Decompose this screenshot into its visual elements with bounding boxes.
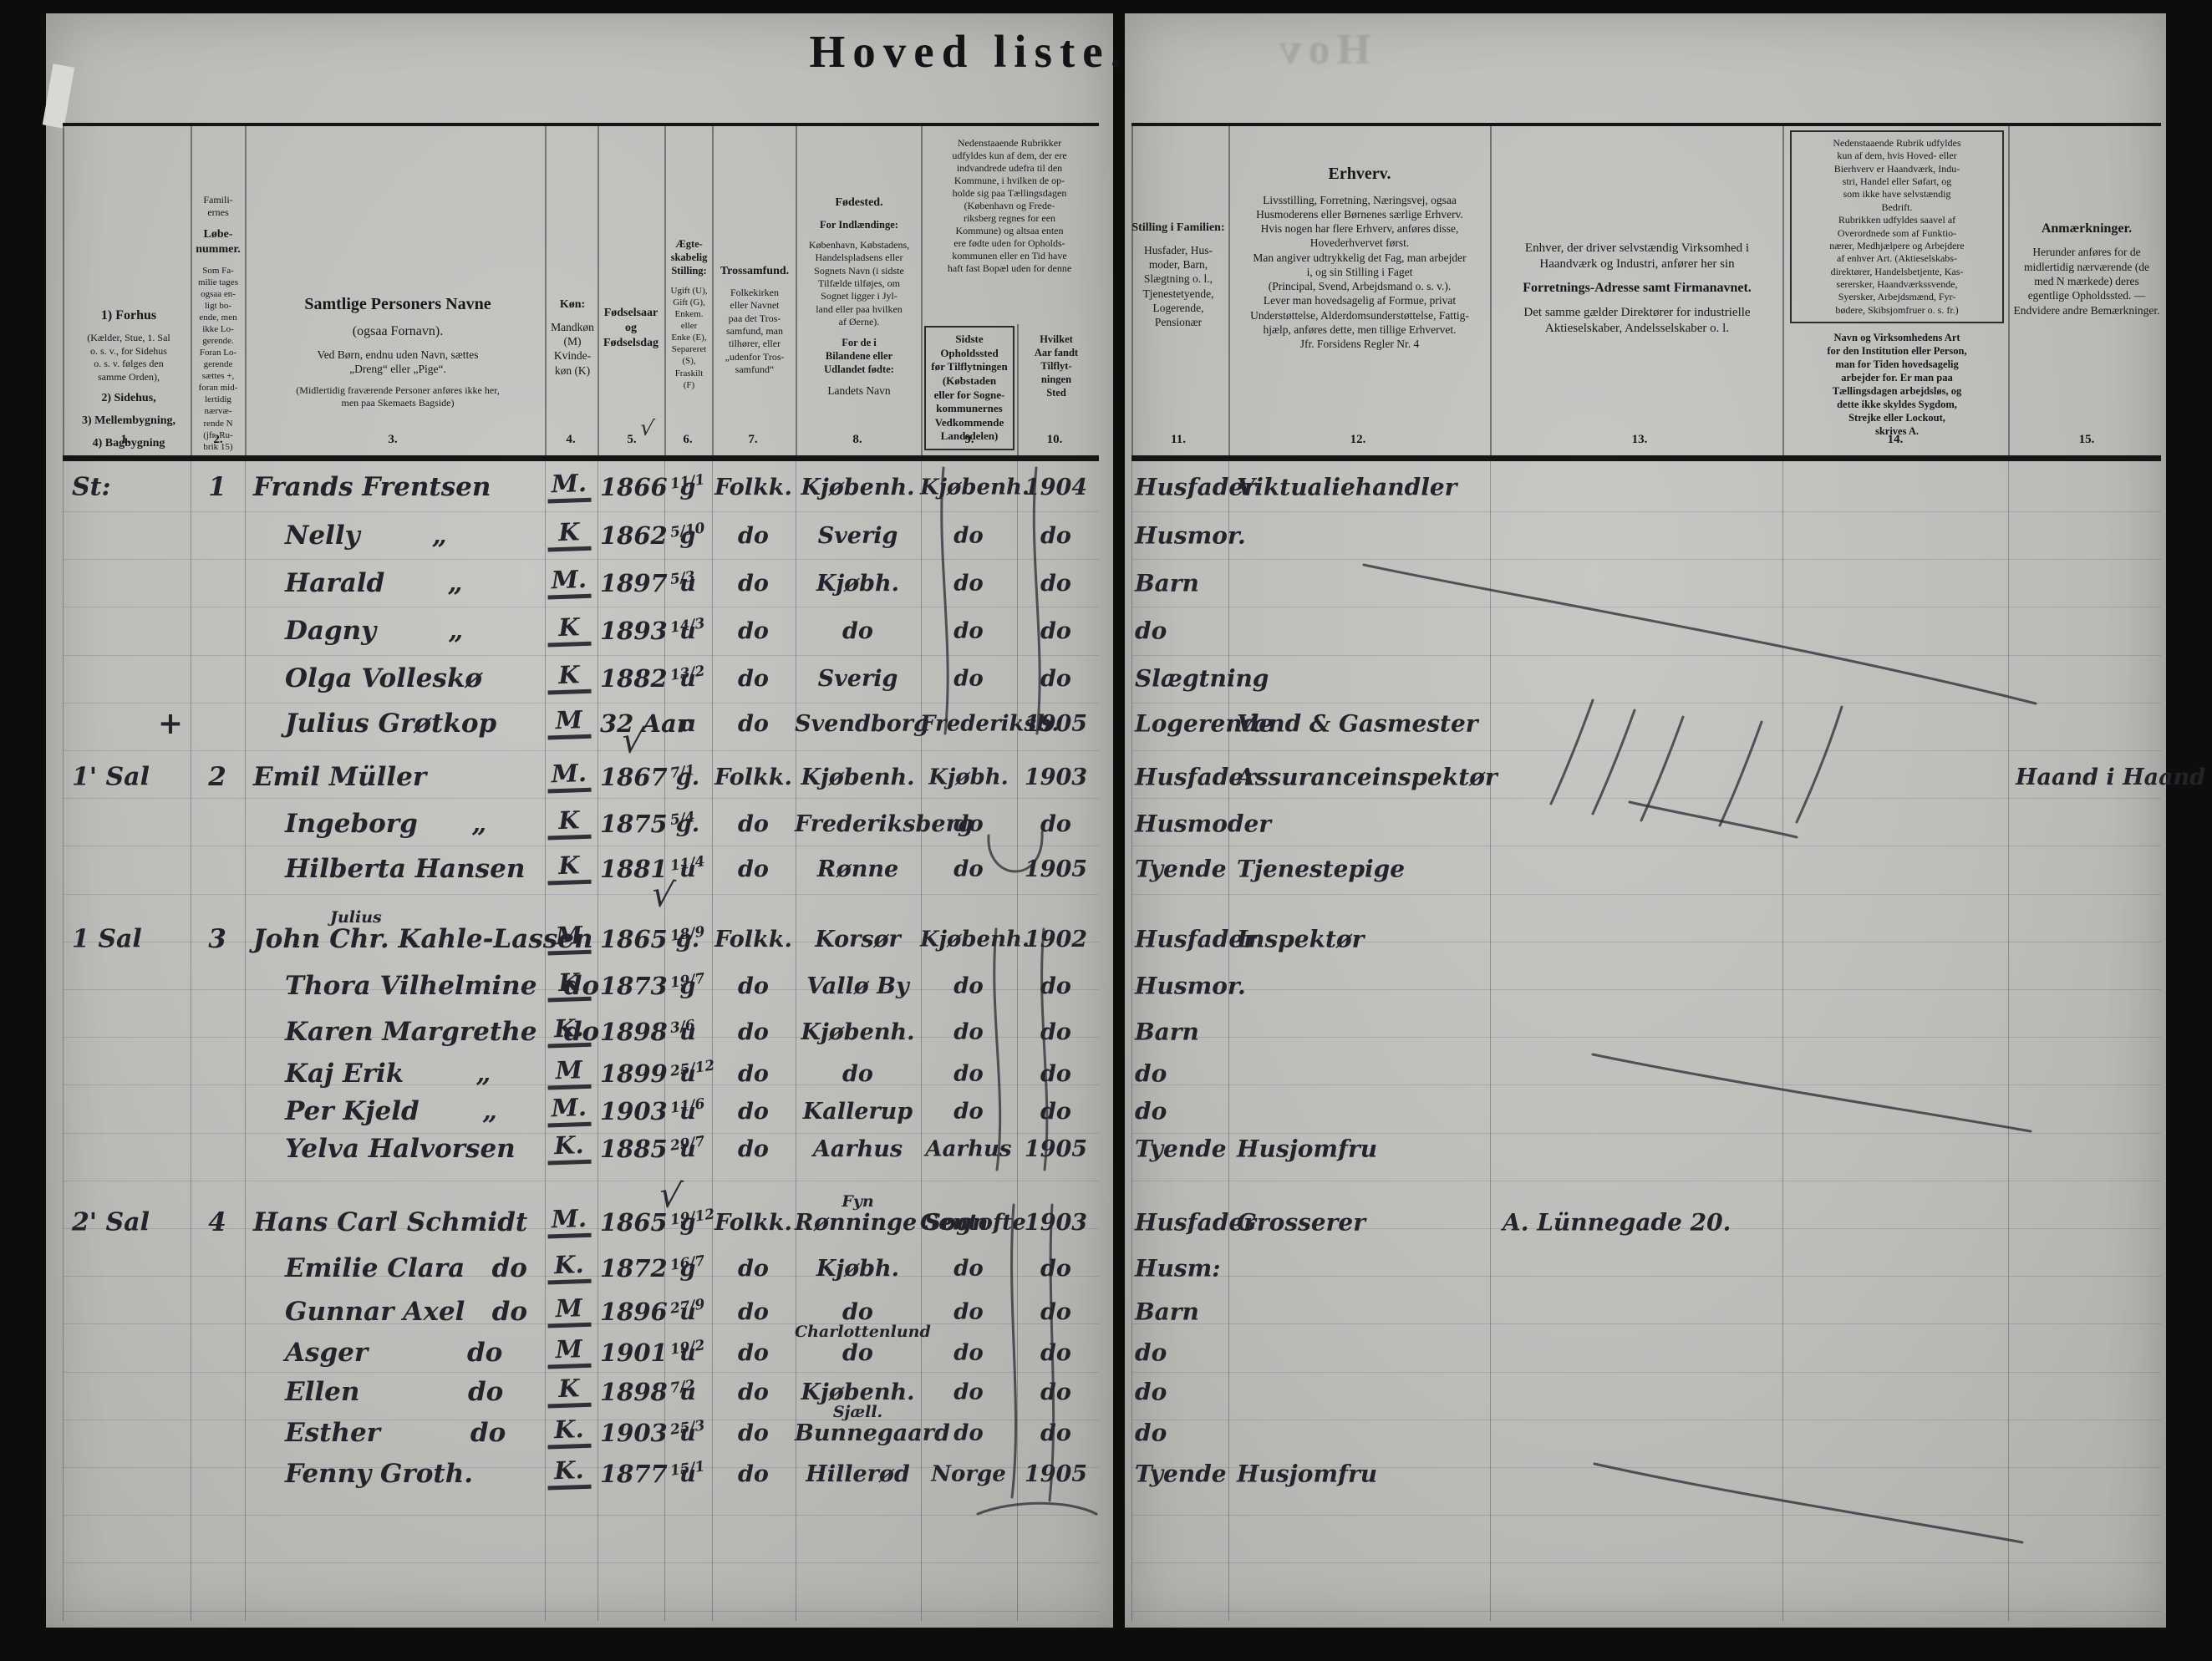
ruled-line [1131, 703, 2161, 704]
cell-kon: K [542, 663, 597, 694]
ruled-line [1131, 846, 2161, 846]
cell-kon: M [542, 924, 597, 955]
cell-forhus: St: [72, 475, 182, 500]
cell-ophold: Aarhus [920, 1139, 1017, 1161]
cell-sted: do [795, 620, 921, 643]
ruled-line [63, 607, 1099, 607]
cell-kon: K. [542, 1134, 597, 1165]
sex-letter: M [547, 708, 591, 740]
cell-ophold: Frederiksb. [920, 714, 1017, 735]
header-top-rule [1131, 123, 2161, 126]
cell-tros: do [711, 813, 796, 836]
cell-sted: Kallerup [795, 1100, 921, 1123]
cell-marker: + [155, 709, 186, 739]
cell-erhverv: Husjomfru [1237, 1463, 1596, 1486]
cell-kon: M. [542, 472, 597, 503]
cell-navn: Kaj Erik „ [285, 1061, 586, 1087]
cell-kon: M. [542, 1096, 597, 1127]
column-divider [664, 125, 666, 458]
ruled-line [63, 1515, 1099, 1516]
sex-letter: M. [547, 1206, 591, 1239]
cell-ophold: Kjøbenh. [920, 929, 1017, 951]
cell-sted: Rønne [795, 858, 921, 881]
cell-civ: u [664, 1301, 712, 1323]
cell-kon: K [542, 971, 597, 1002]
ruled-line [63, 703, 1099, 704]
sex-letter: K. [547, 1417, 591, 1450]
cell-tros: do [711, 572, 796, 595]
cell-ophold: do [920, 573, 1017, 595]
header-col-11: Stilling i Familien:Husfader, Hus- moder… [1130, 221, 1227, 338]
header-col-2-text: Løbe- nummer. [193, 227, 243, 257]
cell-flyt: do [1016, 620, 1096, 643]
cell-ophold: do [920, 859, 1017, 881]
header-col-7-text: Trossamfund. [715, 264, 794, 279]
cell-erhverv: Husjomfru [1237, 1138, 1596, 1161]
cell-kon: M [542, 1338, 597, 1369]
cell-civ: u [664, 1422, 712, 1445]
column-number: 7. [728, 433, 778, 447]
header-col-15: Anmærkninger.Herunder anføres for de mid… [2012, 221, 2161, 325]
cell-ophold: do [920, 526, 1017, 547]
census-scan-canvas: Hoved liste. Hov 1) Forhus(Kælder, Stue,… [0, 0, 2212, 1661]
header-col-2: Famili- ernesLøbe- nummer.Som Fa- milie … [193, 194, 243, 460]
cell-civ: g [664, 975, 712, 998]
cell-fam: Slægtning [1135, 668, 1352, 691]
header-col-10: Hvilket Aar fandt Tilflyt- ningen Sted [1020, 333, 1092, 407]
ruled-line [63, 1562, 1099, 1563]
column-divider-body [191, 461, 191, 1621]
cell-sted: Hillerød [795, 1463, 921, 1486]
cell-kon: K [542, 521, 597, 551]
pen-checkmark-icon: √ [638, 415, 656, 442]
cell-anm: Haand i Haand [2016, 766, 2212, 789]
cell-ophold: do [920, 1258, 1017, 1280]
cell-flyt: do [1016, 1301, 1096, 1323]
cell-flyt: do [1016, 525, 1096, 547]
cell-tros: do [711, 1342, 796, 1364]
header-col-13-text: Enhver, der driver selvstændig Virksomhe… [1494, 241, 1780, 272]
column-divider [191, 125, 192, 458]
cell-tros: do [711, 668, 796, 690]
cell-civ: u [664, 1381, 712, 1404]
column-number: 9. [944, 433, 994, 447]
column-divider-body [1490, 461, 1491, 1621]
cell-kon: K. [542, 1253, 597, 1284]
column-divider [1228, 125, 1230, 458]
cell-kon: K [542, 809, 597, 840]
ruled-line [63, 798, 1099, 799]
cell-civ: u [664, 1463, 712, 1486]
cell-navn: Ingeborg „ [285, 811, 586, 837]
ruled-line [1131, 1562, 2161, 1563]
ruled-line [63, 559, 1099, 560]
header-col-6-text: Ugift (U), Gift (G), Enkem. eller Enke (… [667, 285, 711, 391]
cell-tros: Folkk. [711, 476, 796, 499]
cell-navn: Dagny „ [285, 618, 586, 644]
header-col-8-text: København, Købstadens, Handelspladsens e… [799, 239, 919, 329]
ruled-line [63, 511, 1099, 512]
cell-tros: do [711, 525, 796, 547]
sex-letter: K [547, 1376, 591, 1409]
ruled-line [63, 750, 1099, 751]
cell-fam: Husmoder [1135, 813, 1352, 836]
cell-civ: g. [664, 813, 712, 836]
column-number: 14. [1870, 433, 1920, 447]
header-col-14-text: Navn og Virksomhedens Art for den Instit… [1790, 331, 2004, 438]
cell-civ: g [664, 1257, 712, 1280]
header-col-13: Enhver, der driver selvstændig Virksomhe… [1494, 241, 1780, 344]
sex-letter: K. [547, 1016, 591, 1049]
header-col-12: Erhverv.Livsstilling, Forretning, Næring… [1232, 164, 1487, 359]
cell-tros: do [711, 1100, 796, 1123]
column-divider-body [2008, 461, 2009, 1621]
sex-letter: M. [547, 761, 591, 794]
cell-nr: 1 [191, 475, 244, 500]
header-col-1-text: 1) Forhus [67, 307, 191, 324]
cell-sted: Kjøbenh. [795, 766, 921, 789]
cell-navn: Ellen do [285, 1379, 586, 1405]
sex-letter: K [547, 808, 591, 841]
cell-sted: Sverig [795, 668, 921, 690]
sex-letter: M [547, 1296, 591, 1328]
column-number: 6. [663, 433, 713, 447]
cell-navn: Nelly „ [285, 523, 586, 549]
cell-tros: Folkk. [711, 766, 796, 789]
cell-kon: M. [542, 1207, 597, 1238]
cell-flyt: do [1016, 1422, 1096, 1445]
ruled-line [1131, 798, 2161, 799]
cell-flyt: do [1016, 1257, 1096, 1280]
header-col-7: Trossamfund.Folkekirken eller Navnet paa… [715, 264, 794, 384]
header-col-2-text: Famili- ernes [193, 194, 243, 220]
cell-fam: do [1135, 1100, 1352, 1124]
cell-flyt: 1904 [1016, 476, 1096, 499]
cell-fam: Husmor. [1135, 975, 1352, 998]
sex-letter: K [547, 663, 591, 695]
cell-navn: Emil Müller [253, 764, 554, 790]
column-divider [712, 125, 714, 458]
cell-ophold: do [920, 1423, 1017, 1445]
ruled-line [1131, 559, 2161, 560]
cell-flyt: do [1016, 1100, 1096, 1123]
cell-ophold: do [920, 1382, 1017, 1404]
header-col-10-text: Hvilket Aar fandt Tilflyt- ningen Sted [1020, 333, 1092, 399]
cell-tros: do [711, 1463, 796, 1486]
cell-navn: Yelva Halvorsen [285, 1136, 586, 1162]
column-divider [1017, 324, 1019, 458]
column-number: 12. [1333, 433, 1383, 447]
ruled-line [63, 1181, 1099, 1181]
cell-fam: do [1135, 1422, 1352, 1445]
cell-sted: do [795, 1301, 921, 1323]
header-col-8-text: Landets Navn [799, 384, 919, 398]
cell-civ: u [664, 1021, 712, 1044]
header-col-12-text: Livsstilling, Forretning, Næringsvej, og… [1232, 193, 1487, 352]
cell-navn: Hans Carl Schmidt [253, 1210, 554, 1236]
cell-navn: Emilie Clara do [285, 1256, 586, 1282]
column-divider-body [245, 461, 246, 1621]
cell-fam: Husm: [1135, 1257, 1352, 1281]
cell-kon: M [542, 709, 597, 739]
sex-letter: K. [547, 1458, 591, 1491]
header-col-3-text: (Midlertidig fraværende Personer anføres… [249, 384, 547, 410]
cell-forhus: 2' Sal [72, 1211, 182, 1236]
cell-navn: Julius Grøtkop [285, 711, 586, 737]
cell-kon: M. [542, 568, 597, 599]
cell-ophold: do [920, 1064, 1017, 1085]
cell-kon: K [542, 616, 597, 647]
column-number: 15. [2062, 433, 2112, 447]
cell-flyt: 1903 [1016, 766, 1096, 789]
header-col-11-text: Husfader, Hus- moder, Barn, Slægtning o.… [1130, 243, 1227, 330]
column-divider [1782, 125, 1784, 458]
ruled-line [63, 894, 1099, 895]
cell-civ: g [664, 476, 712, 499]
ruled-line [1131, 1420, 2161, 1420]
header-col-8: Fødested.For Indlændinge:København, Købs… [799, 196, 919, 406]
header-col-6: Ægte- skabelig Stilling:Ugift (U), Gift … [667, 237, 711, 399]
header-col-9-text: Sidste Opholdssted før Tilflytningen (Kø… [924, 326, 1014, 450]
sex-letter: M [547, 1058, 591, 1090]
cell-flyt: 1905 [1016, 858, 1096, 881]
cell-navn: Karen Margrethe do [285, 1019, 586, 1045]
cell-kon: M. [542, 762, 597, 793]
column-divider [63, 125, 64, 458]
sex-letter: K [547, 615, 591, 648]
cell-tros: Folkk. [711, 1211, 796, 1234]
cell-fam: Husmor. [1135, 525, 1352, 548]
cell-flyt: 1905 [1016, 1463, 1096, 1486]
ink-ghost-title: Hov [1086, 25, 1370, 74]
ruled-line [1131, 655, 2161, 656]
cell-erhverv: Inspektør [1237, 928, 1596, 952]
cell-fam: Barn [1135, 572, 1352, 596]
sex-letter: K [547, 970, 591, 1003]
cell-tros: do [711, 1381, 796, 1404]
cell-tros: Folkk. [711, 928, 796, 951]
column-number: 1. [100, 433, 150, 447]
cell-civ: g [664, 525, 712, 547]
cell-civ: u [664, 572, 712, 595]
cell-sted: Kjøbh. [795, 1257, 921, 1280]
sex-letter: M. [547, 1095, 591, 1128]
header-col-3: Samtlige Personers Navne(ogsaa Fornavn).… [249, 294, 547, 417]
cell-fam: do [1135, 1381, 1352, 1404]
cell-sted: Svendborg [795, 713, 921, 735]
cell-tros: do [711, 1257, 796, 1280]
cell-tros: do [711, 858, 796, 881]
ruled-line [1131, 1181, 2161, 1181]
cell-ophold: Norge [920, 1464, 1017, 1486]
cell-navn: Per Kjeld „ [285, 1099, 586, 1125]
cell-civ: u [664, 668, 712, 690]
column-number: 10. [1030, 433, 1080, 447]
header-col-14-text: Nedenstaaende Rubrik udfyldes kun af dem… [1790, 130, 2004, 323]
cell-flyt: do [1016, 1021, 1096, 1044]
cell-kon: K. [542, 1459, 597, 1490]
cell-ophold: Kjøbenh. [920, 477, 1017, 499]
cell-navn: Gunnar Axel do [285, 1299, 586, 1325]
ruled-line [1131, 1133, 2161, 1134]
cell-adresse: A. Lünnegade 20. [1503, 1211, 1828, 1235]
sex-letter: M [547, 1337, 591, 1369]
cell-sted: Rønninge Sogn [795, 1211, 921, 1234]
header-col-12-text: Erhverv. [1232, 164, 1487, 185]
cell-sted: Aarhus [795, 1138, 921, 1161]
cell-sted: Kjøbenh. [795, 476, 921, 499]
ruled-line [1131, 511, 2161, 512]
header-col-15-text: Anmærkninger. [2012, 221, 2161, 237]
cell-civ: g. [664, 928, 712, 951]
cell-flyt: do [1016, 572, 1096, 595]
ruled-line [1131, 1515, 2161, 1516]
ruled-line [1131, 1372, 2161, 1373]
birthplace-annotation: Charlottenlund [795, 1323, 921, 1341]
cell-kon: K. [542, 1418, 597, 1449]
cell-sted: Kjøbenh. [795, 1021, 921, 1044]
cell-sted: Korsør [795, 928, 921, 951]
cell-erhverv: Viktualiehandler [1237, 476, 1596, 500]
ruled-line [63, 846, 1099, 846]
header-col-5-text: Fødselsaar og Fødselsdag [599, 306, 663, 351]
ruled-line [1131, 607, 2161, 607]
header-col-5: Fødselsaar og Fødselsdag [599, 306, 663, 358]
birthplace-annotation: Sjæll. [795, 1403, 921, 1421]
header-col-15-text: Herunder anføres for de midlertidig nærv… [2012, 245, 2161, 317]
sex-letter: K [547, 520, 591, 552]
sex-letter: M [547, 923, 591, 956]
cell-sted: Kjøbh. [795, 572, 921, 595]
header-col-7-text: Folkekirken eller Navnet paa det Tros- s… [715, 287, 794, 377]
ruled-line [1131, 1611, 2161, 1612]
cell-erhverv: Tjenestepige [1237, 858, 1596, 881]
sex-letter: K. [547, 1133, 591, 1166]
cell-civ: u [664, 620, 712, 643]
header-col-3-text: (ogsaa Fornavn). [249, 323, 547, 340]
cell-ophold: do [920, 976, 1017, 998]
header-col-4-text: Køn: [548, 297, 597, 312]
cell-fam: do [1135, 1063, 1352, 1086]
cell-navn: Thora Vilhelmine do [285, 973, 586, 999]
header-col-8-text: Fødested. [799, 196, 919, 211]
cell-navn: Hilberta Hansen [285, 856, 586, 882]
cell-ophold: do [920, 814, 1017, 836]
column-divider-body [1782, 461, 1783, 1621]
column-divider-body [63, 461, 64, 1621]
cell-sted: Kjøbenh. [795, 1381, 921, 1404]
cell-ophold: do [920, 1022, 1017, 1044]
cell-ophold: do [920, 1343, 1017, 1364]
column-number: 2. [193, 433, 243, 447]
cell-navn: Esther do [285, 1420, 586, 1446]
column-number: 13. [1615, 433, 1665, 447]
sex-letter: M. [547, 567, 591, 600]
cell-kon: K [542, 854, 597, 885]
cell-kon: K. [542, 1017, 597, 1048]
header-col-4: Køn:Mandkøn (M) Kvinde- køn (K) [548, 297, 597, 385]
cell-tros: do [711, 620, 796, 643]
header-note-9-10: Nedenstaaende Rubrikker udfyldes kun af … [923, 137, 1096, 275]
column-number: 11. [1153, 433, 1203, 447]
header-top-rule [63, 123, 1099, 126]
cell-ophold: do [920, 1101, 1017, 1123]
cell-kon: M [542, 1059, 597, 1090]
cell-civ: u [664, 1342, 712, 1364]
cell-flyt: do [1016, 668, 1096, 690]
cell-navn: Olga Volleskø [285, 666, 586, 692]
header-col-2-text: Som Fa- milie tages ogsaa en- ligt bo- e… [193, 265, 243, 453]
column-divider [2008, 125, 2010, 458]
column-divider [245, 125, 247, 458]
cell-fam: do [1135, 1342, 1352, 1365]
cell-flyt: do [1016, 1063, 1096, 1085]
header-col-3-text: Samtlige Personers Navne [249, 294, 547, 316]
cell-tros: do [711, 975, 796, 998]
header-col-14: Nedenstaaende Rubrik udfyldes kun af dem… [1790, 130, 2004, 445]
cell-civ: u [664, 1138, 712, 1161]
cell-civ: g. [664, 766, 712, 789]
cell-tros: do [711, 1063, 796, 1085]
cell-flyt: do [1016, 1342, 1096, 1364]
cell-flyt: 1905 [1016, 1138, 1096, 1161]
cell-forhus: 1' Sal [72, 765, 182, 790]
cell-kon: M [542, 1297, 597, 1328]
column-number: 3. [368, 433, 418, 447]
column-divider [1490, 125, 1492, 458]
header-col-1-text: 3) Mellembygning, [67, 414, 191, 429]
cell-ophold: do [920, 1302, 1017, 1323]
header-col-11-text: Stilling i Familien: [1130, 221, 1227, 236]
birthplace-annotation: Fyn [795, 1192, 921, 1211]
sex-letter: K. [547, 1252, 591, 1285]
cell-nr: 4 [191, 1210, 244, 1236]
header-col-13-text: Det samme gælder Direktører for industri… [1494, 305, 1780, 337]
cell-ophold: Kjøbh. [920, 767, 1017, 789]
cell-sted: Sverig [795, 525, 921, 547]
column-divider [597, 125, 599, 458]
header-col-8-text: For Indlændinge: [799, 218, 919, 231]
cell-erhverv: Assuranceinspektør [1237, 766, 1596, 790]
column-number: 8. [832, 433, 882, 447]
name-annotation: Julius [330, 908, 382, 927]
ruled-line [1131, 894, 2161, 895]
column-number: 4. [546, 433, 596, 447]
cell-ophold: do [920, 621, 1017, 643]
ruled-line [63, 655, 1099, 656]
cell-civ: u [664, 713, 712, 735]
cell-ophold: do [920, 668, 1017, 690]
cell-sted: Vallø By [795, 975, 921, 998]
cell-navn: Fenny Groth. [285, 1461, 586, 1487]
header-col-4-text: Mandkøn (M) Kvinde- køn (K) [548, 320, 597, 378]
cell-tros: do [711, 1422, 796, 1445]
sex-letter: M. [547, 471, 591, 504]
ruled-line [1131, 750, 2161, 751]
cell-flyt: do [1016, 813, 1096, 836]
cell-flyt: 1902 [1016, 928, 1096, 951]
cell-tros: do [711, 1138, 796, 1161]
cell-tros: do [711, 713, 796, 735]
cell-navn: Harald „ [285, 571, 586, 597]
cell-nr: 2 [191, 764, 244, 790]
cell-sted: do [795, 1063, 921, 1085]
header-thick-rule [1131, 455, 2161, 461]
cell-navn: Asger do [285, 1340, 586, 1366]
header-col-8-text: For de i Bilandene eller Udlandet fødte: [799, 336, 919, 376]
cell-fam: Barn [1135, 1021, 1352, 1044]
ruled-line [63, 1372, 1099, 1373]
